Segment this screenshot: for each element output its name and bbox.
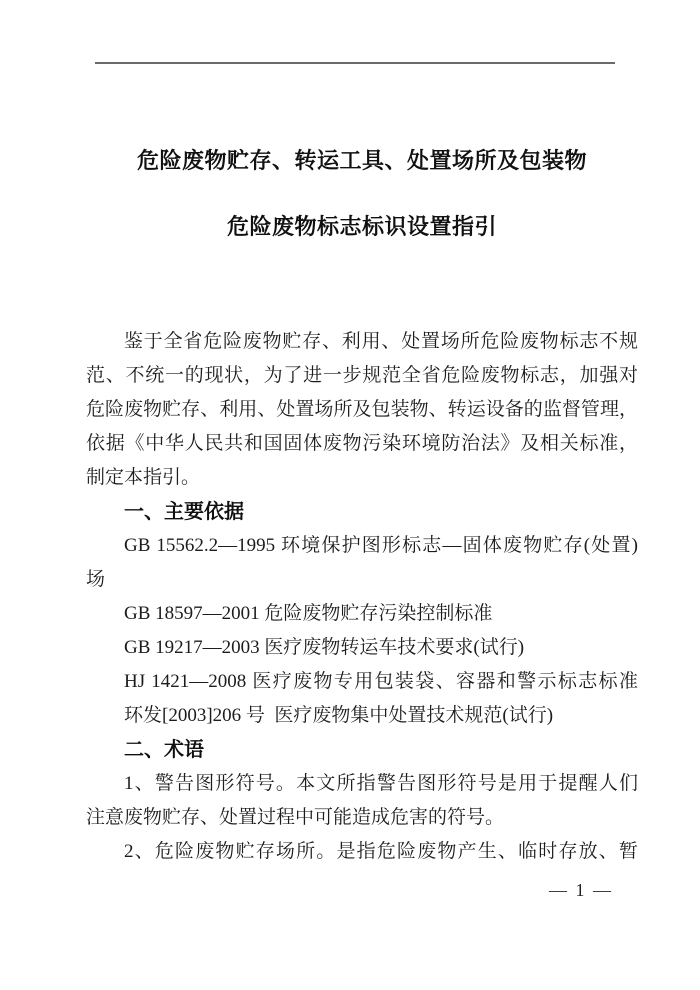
intro-line: 鉴于全省危险废物贮存、利用、处置场所危险废物标志不规	[86, 325, 638, 359]
header-rule	[95, 62, 615, 64]
document-title-line2: 危险废物标志标识设置指引	[86, 210, 638, 241]
standard-ref-line: 场	[86, 563, 638, 597]
standard-ref-line: GB 15562.2—1995 环境保护图形标志—固体废物贮存(处置)	[86, 529, 638, 563]
document-title-line1: 危险废物贮存、转运工具、处置场所及包装物	[86, 144, 638, 175]
page-number: — 1 —	[0, 880, 613, 901]
intro-line: 范、不统一的现状，为了进一步规范全省危险废物标志，加强对	[86, 359, 638, 393]
section-heading-terms: 二、术语	[86, 733, 638, 767]
standard-ref-line: GB 19217—2003 医疗废物转运车技术要求(试行)	[86, 631, 638, 665]
term-line: 注意废物贮存、处置过程中可能造成危害的符号。	[86, 801, 638, 835]
document-page: 危险废物贮存、转运工具、处置场所及包装物 危险废物标志标识设置指引 鉴于全省危险…	[0, 0, 700, 990]
term-line: 1、警告图形符号。本文所指警告图形符号是用于提醒人们	[86, 767, 638, 801]
intro-line: 危险废物贮存、利用、处置场所及包装物、转运设备的监督管理，	[86, 393, 638, 427]
standard-ref-line: HJ 1421—2008 医疗废物专用包装袋、容器和警示标志标准	[86, 665, 638, 699]
term-line: 2、危险废物贮存场所。是指危险废物产生、临时存放、暂	[86, 835, 638, 869]
intro-line: 制定本指引。	[86, 461, 638, 495]
standard-ref-line: 环发[2003]206 号 医疗废物集中处置技术规范(试行)	[86, 699, 638, 733]
document-body: 鉴于全省危险废物贮存、利用、处置场所危险废物标志不规 范、不统一的现状，为了进一…	[86, 325, 638, 869]
standard-ref-line: GB 18597—2001 危险废物贮存污染控制标准	[86, 597, 638, 631]
intro-line: 依据《中华人民共和国固体废物污染环境防治法》及相关标准，	[86, 427, 638, 461]
section-heading-main-basis: 一、主要依据	[86, 495, 638, 529]
